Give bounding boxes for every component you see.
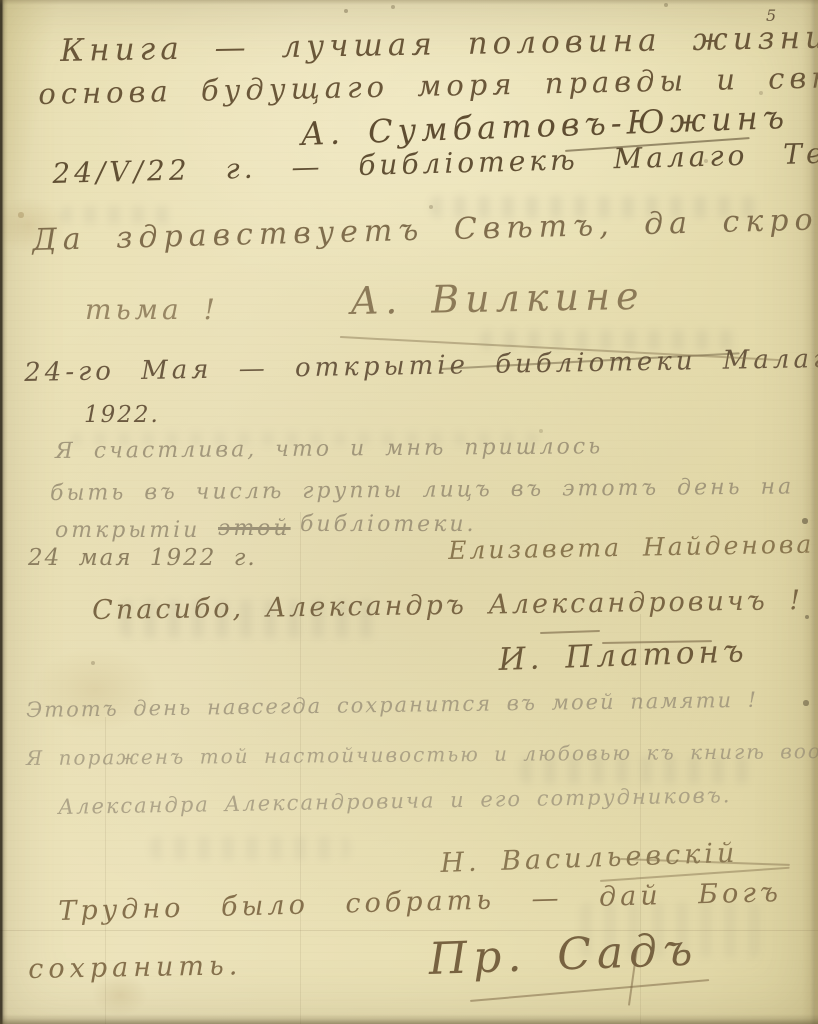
bleedthrough-smudge — [520, 756, 750, 784]
sadovsky-line-2: сохранить. — [28, 952, 242, 983]
paper-crease — [300, 512, 301, 1024]
memory-line-3: Александра Александровича и его сотрудни… — [58, 785, 732, 818]
naydenova-line-3c: библіотеки. — [300, 514, 477, 536]
page-edge-right — [802, 0, 818, 1024]
bleedthrough-smudge — [480, 330, 740, 350]
bleedthrough-smudge — [430, 196, 760, 218]
page-edge-top — [0, 0, 818, 5]
naydenova-line-3a: открытіи — [55, 520, 200, 542]
page-edge-left — [0, 0, 8, 1024]
naydenova-line-3b-strikeout: этой — [218, 518, 291, 540]
bleedthrough-smudge — [150, 836, 350, 860]
signature-vilkine: А. Вилкине — [350, 277, 645, 320]
paper-crease — [0, 930, 818, 931]
manuscript-lines: Книга — лучшая половина жизни,основа буд… — [0, 0, 818, 1024]
bleedthrough-smudge — [120, 600, 380, 638]
page-edge-bottom — [0, 1014, 818, 1024]
memory-line-1: Этотъ день навсегда сохранится въ моей п… — [26, 690, 758, 721]
manuscript-page: Книга — лучшая половина жизни,основа буд… — [0, 0, 818, 1024]
quote-line-1: Книга — лучшая половина жизни, — [60, 22, 818, 67]
signature-naydenova: Елизавета Найденова — [448, 532, 815, 563]
paper-crease — [105, 717, 106, 1024]
event-year: 1922. — [84, 404, 160, 427]
quote2-line-2: тьма ! — [85, 296, 219, 324]
bleedthrough-smudge — [70, 432, 550, 446]
signature-vasilevsky: Н. Васильевскій — [440, 840, 739, 877]
naydenova-line-2: быть въ числѣ группы лицъ въ этотъ день … — [50, 477, 794, 505]
page-number: 5 — [766, 6, 776, 25]
paper-specks — [0, 0, 2, 2]
paper-crease — [640, 614, 641, 1024]
bleedthrough-smudge — [60, 206, 180, 224]
naydenova-date: 24 мая 1922 г. — [28, 547, 257, 570]
